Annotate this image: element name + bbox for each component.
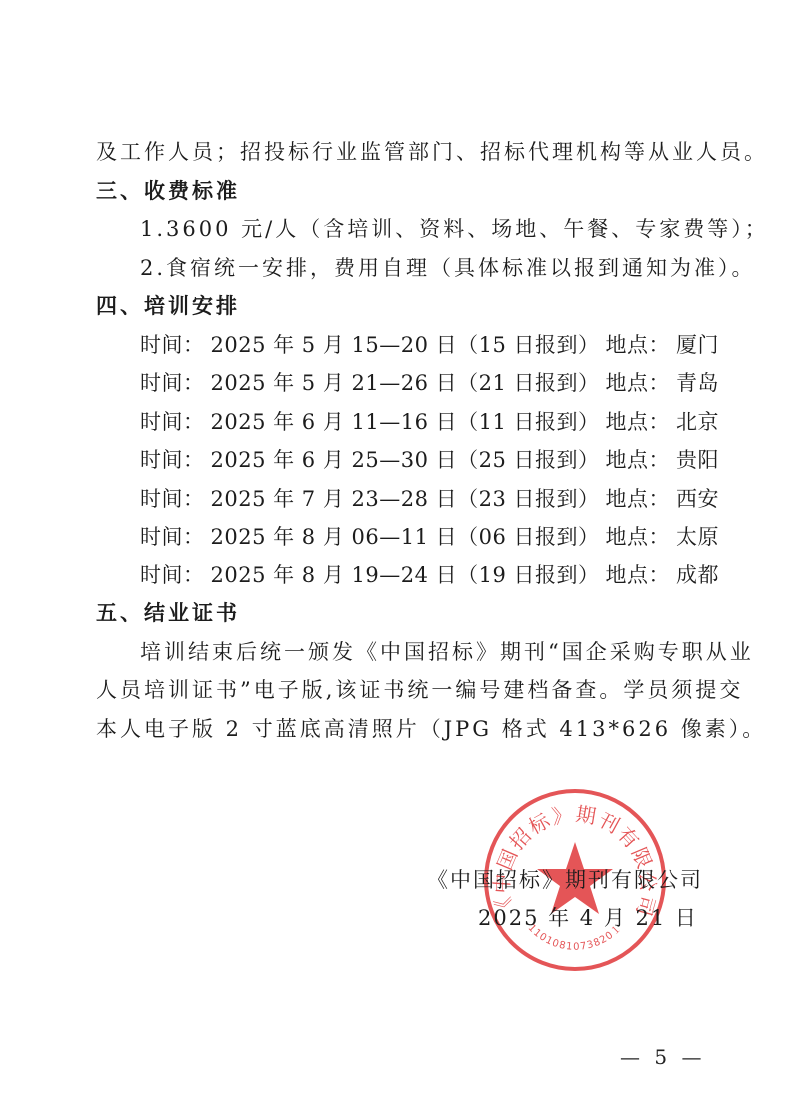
place-label: 地点：	[606, 563, 671, 587]
section-heading-fees: 三、收费标准	[96, 177, 240, 205]
page-number: — 5 —	[620, 1045, 705, 1069]
continuation-line: 及工作人员；招投标行业监管部门、招标代理机构等从业人员。	[96, 138, 768, 166]
place: 太原	[676, 525, 719, 549]
schedule-row: 时间：2025 年 5 月 21—26 日（21 日报到）地点：青岛	[140, 369, 725, 397]
time-label: 时间：	[140, 563, 205, 587]
schedule-row: 时间：2025 年 6 月 25—30 日（25 日报到）地点：贵阳	[140, 446, 725, 474]
certificate-paragraph-line: 本人电子版 2 寸蓝底高清照片（JPG 格式 413*626 像素）。	[96, 715, 766, 743]
place-label: 地点：	[606, 333, 671, 357]
place: 青岛	[676, 371, 719, 395]
place-label: 地点：	[606, 525, 671, 549]
signature-organization: 《中国招标》期刊有限公司	[427, 866, 703, 894]
schedule-row: 时间：2025 年 7 月 23—28 日（23 日报到）地点：西安	[140, 485, 725, 513]
fee-item-2: 2.食宿统一安排，费用自理（具体标准以报到通知为准）。	[140, 254, 756, 282]
schedule-row: 时间：2025 年 8 月 19—24 日（19 日报到）地点：成都	[140, 561, 725, 589]
place-label: 地点：	[606, 410, 671, 434]
place: 厦门	[676, 333, 719, 357]
time-label: 时间：	[140, 448, 205, 472]
place: 成都	[676, 563, 719, 587]
period: 2025 年 6 月 25—30 日（25 日报到）	[211, 448, 600, 472]
period: 2025 年 7 月 23—28 日（23 日报到）	[211, 487, 600, 511]
period: 2025 年 8 月 06—11 日（06 日报到）	[211, 525, 600, 549]
time-label: 时间：	[140, 333, 205, 357]
schedule-row: 时间：2025 年 8 月 06—11 日（06 日报到）地点：太原	[140, 523, 725, 551]
certificate-paragraph-line: 培训结束后统一颁发《中国招标》期刊“国企采购专职从业	[140, 638, 754, 666]
time-label: 时间：	[140, 525, 205, 549]
period: 2025 年 6 月 11—16 日（11 日报到）	[211, 410, 600, 434]
place: 西安	[676, 487, 719, 511]
section-heading-schedule: 四、培训安排	[96, 292, 240, 320]
period: 2025 年 8 月 19—24 日（19 日报到）	[211, 563, 600, 587]
fee-item-1: 1.3600 元/人（含培训、资料、场地、午餐、专家费等）；	[140, 215, 769, 243]
place-label: 地点：	[606, 371, 671, 395]
section-heading-certificate: 五、结业证书	[96, 599, 240, 627]
time-label: 时间：	[140, 487, 205, 511]
schedule-row: 时间：2025 年 6 月 11—16 日（11 日报到）地点：北京	[140, 408, 725, 436]
time-label: 时间：	[140, 410, 205, 434]
certificate-paragraph-line: 人员培训证书”电子版,该证书统一编号建档备查。学员须提交	[96, 676, 743, 704]
period: 2025 年 5 月 15—20 日（15 日报到）	[211, 333, 600, 357]
place: 贵阳	[676, 448, 719, 472]
place-label: 地点：	[606, 448, 671, 472]
signature-date: 2025 年 4 月 21 日	[478, 904, 698, 932]
time-label: 时间：	[140, 371, 205, 395]
schedule-row: 时间：2025 年 5 月 15—20 日（15 日报到）地点：厦门	[140, 331, 725, 359]
period: 2025 年 5 月 21—26 日（21 日报到）	[211, 371, 600, 395]
place: 北京	[676, 410, 719, 434]
place-label: 地点：	[606, 487, 671, 511]
